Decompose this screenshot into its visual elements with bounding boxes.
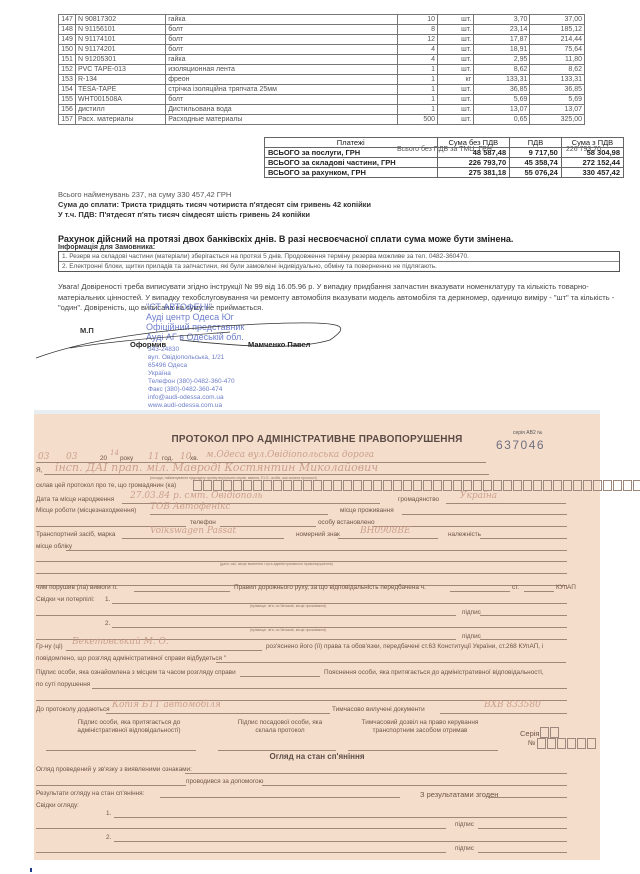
table-row: 155WHT001508Aболт1шт.5,695,69	[59, 95, 585, 105]
cell-unit: шт.	[438, 105, 474, 115]
explained-label: роз'яснено його (її) права та обов'язки,…	[266, 643, 543, 650]
invoice-items-table: 147N 90817302гайка10шт.3,7037,00148N 911…	[58, 14, 585, 125]
cell-total: 75,64	[530, 45, 585, 55]
plate-label: номерний знак	[296, 531, 340, 538]
cell-n: 148	[59, 25, 76, 35]
cell-name: фреон	[166, 75, 398, 85]
intox-witness-1-num: 1.	[106, 810, 111, 817]
cell-name: гайка	[166, 15, 398, 25]
totals-header: ПДВ	[510, 138, 562, 148]
table-row: 152PVC TAPE-013изоляционная лента1шт.8,6…	[59, 65, 585, 75]
totals-cell: 58 304,98	[561, 148, 623, 158]
items-count-line: Всього найменувань 237, на суму 330 457,…	[58, 190, 231, 199]
article-label: ст.	[512, 584, 519, 591]
cell-name: болт	[166, 95, 398, 105]
cell-unit: шт.	[438, 85, 474, 95]
cell-code: N 91174201	[75, 45, 165, 55]
essence-label: по суті порушення	[36, 681, 90, 688]
residence-label: місце проживання	[340, 507, 394, 514]
table-row: ВСЬОГО за послуги, ГРН48 587,489 717,505…	[265, 148, 624, 158]
totals-cell: 272 152,44	[561, 158, 623, 168]
cell-code: WHT001508A	[75, 95, 165, 105]
cell-qty: 4	[398, 55, 438, 65]
cell-price: 5,69	[474, 95, 530, 105]
cell-unit: шт.	[438, 115, 474, 125]
sign-label-2: підпис	[462, 633, 481, 640]
totals-header: Платежі	[265, 138, 438, 148]
cell-name: гайка	[166, 55, 398, 65]
signature-scribble	[30, 300, 350, 380]
cell-name: стрічка ізоляційна тряпчата 25мм	[166, 85, 398, 95]
seized-hw: ВХВ 833580	[484, 700, 541, 710]
number-label: №	[528, 740, 536, 747]
cell-code: Расх. материалы	[75, 115, 165, 125]
seized-label: Тимчасово вилучені документи	[332, 706, 425, 713]
rules-label: Правил дорожнього руху, за що відповідал…	[234, 584, 426, 591]
cell-price: 17,87	[474, 35, 530, 45]
citizen-hw: Бекетовський М. О.	[72, 637, 169, 647]
cell-qty: 500	[398, 115, 438, 125]
cell-n: 147	[59, 15, 76, 25]
notified-label: повідомлено, що розгляд адміністративної…	[36, 655, 226, 662]
customer-info-box: 1. Резерв на складові частини (матеріали…	[58, 251, 620, 272]
cell-n: 154	[59, 85, 76, 95]
totals-cell: 48 587,48	[437, 148, 510, 158]
cell-unit: шт.	[438, 25, 474, 35]
acquainted-signature-label: Підпис особи, яка ознайомлена з місцем т…	[36, 669, 236, 676]
vehicle-hw: Volkswagen Passat	[150, 526, 236, 536]
totals-cell: 330 457,42	[561, 168, 623, 178]
intoxication-section-title: Огляд на стан сп'яніння	[34, 752, 600, 761]
payments-totals-table: ПлатежіСума без ПДВПДВСума з ПДВ ВСЬОГО …	[264, 137, 624, 178]
place-hw: м.Одеса вул.Овідіопольська дорога	[206, 450, 374, 460]
cell-qty: 1	[398, 65, 438, 75]
cell-unit: шт.	[438, 55, 474, 65]
cell-n: 150	[59, 45, 76, 55]
intox-conducted-label: Огляд проведений у зв'язку з виявленими …	[36, 766, 192, 773]
cell-code: R-134	[75, 75, 165, 85]
attached-hw: Копія БТТ автомобіля	[112, 700, 221, 710]
cell-n: 156	[59, 105, 76, 115]
cell-name: Расходные материалы	[166, 115, 398, 125]
i-label: Я,	[36, 467, 42, 474]
info-line-2: 2. Електронні блоки, щитки приладів та з…	[59, 262, 619, 271]
totals-header: Сума без ПДВ	[437, 138, 510, 148]
intox-results-label: Результати огляду на стан сп'яніння:	[36, 790, 144, 797]
series-label: серія АВ2 №	[513, 430, 542, 436]
officer-signature-caption: Підпис посадової особи, яка склала прото…	[230, 719, 330, 735]
vat-in-words: У т.ч. ПДВ: П'ятдесят п'ять тисяч сімдес…	[58, 210, 310, 219]
totals-header: Сума з ПДВ	[561, 138, 623, 148]
cell-total: 11,80	[530, 55, 585, 65]
citizenship-label: громадянство	[398, 496, 439, 503]
plate-hw: ВН0908ВЕ	[360, 526, 411, 536]
intox-help-label: проводився за допомогою	[186, 778, 263, 785]
cell-name: Дистильована вода	[166, 105, 398, 115]
cell-price: 13,07	[474, 105, 530, 115]
table-row: 154TESA-TAPEстрічка ізоляційна тряпчата …	[59, 85, 585, 95]
cell-qty: 1	[398, 75, 438, 85]
table-row: 147N 90817302гайка10шт.3,7037,00	[59, 15, 585, 25]
cell-total: 133,31	[530, 75, 585, 85]
witnesses-label: Свідки чи потерпілі:	[36, 596, 95, 603]
info-title: Інформація для Замовника:	[58, 244, 155, 251]
cell-code: PVC TAPE-013	[75, 65, 165, 75]
cell-qty: 12	[398, 35, 438, 45]
cell-price: 0,65	[474, 115, 530, 125]
attached-label: До протоколу додаються	[36, 706, 110, 713]
cell-name: болт	[166, 45, 398, 55]
violated-label: чим порушив (ла) вимоги п.	[36, 584, 118, 591]
table-row: 149N 91174101болт12шт.17,87214,44	[59, 35, 585, 45]
cell-qty: 1	[398, 95, 438, 105]
cell-price: 18,91	[474, 45, 530, 55]
table-row: 150N 91174201болт4шт.18,9175,64	[59, 45, 585, 55]
cell-total: 36,85	[530, 85, 585, 95]
cell-total: 5,69	[530, 95, 585, 105]
amount-in-words: Сума до сплати: Триста тридцять тисяч чо…	[58, 200, 371, 209]
cell-code: TESA-TAPE	[75, 85, 165, 95]
name-caption-1: (прізвище, ім'я, по батькові, місце прож…	[250, 604, 326, 608]
totals-cell: 226 793,70	[437, 158, 510, 168]
code-label: КУпАП	[556, 584, 576, 591]
cell-qty: 1	[398, 85, 438, 95]
validity-notice: Рахунок дійсний на протязі двох банківск…	[58, 234, 513, 244]
cell-unit: шт.	[438, 95, 474, 105]
totals-cell: ВСЬОГО за складові частини, ГРН	[265, 158, 438, 168]
totals-cell: ВСЬОГО за послуги, ГРН	[265, 148, 438, 158]
totals-cell: 55 076,24	[510, 168, 562, 178]
cell-unit: кг	[438, 75, 474, 85]
temp-permit-caption: Тимчасовий дозвіл на право керування тра…	[345, 719, 495, 735]
work-label: Місце роботи (місцезнаходження)	[36, 507, 136, 514]
cell-name: изоляционная лента	[166, 65, 398, 75]
cell-price: 2,95	[474, 55, 530, 65]
explanation-label: Пояснення особи, яка притягається до адм…	[324, 669, 544, 676]
date-year: 14	[110, 449, 119, 457]
intox-agree-label: З результатами згоден	[420, 790, 498, 799]
intox-sign-2: підпис	[455, 845, 474, 852]
made-label: склав цей протокол про те, що громадянин…	[36, 482, 176, 489]
series-label-2: Серія	[520, 729, 540, 738]
date-day: 03	[38, 452, 49, 462]
date-caption: (дата, час, місце вчинення і суть адміні…	[220, 562, 333, 566]
cell-code: N 91156101	[75, 25, 165, 35]
cell-n: 157	[59, 115, 76, 125]
vehicle-label: Транспортний засіб, марка	[36, 531, 115, 538]
name-caption-2: (прізвище, ім'я, по батькові, місце прож…	[250, 628, 326, 632]
cell-code: N 90817302	[75, 15, 165, 25]
citizen-label: Гр-ну (ці)	[36, 643, 63, 650]
cell-name: болт	[166, 25, 398, 35]
table-row: ВСЬОГО за рахунком, ГРН275 381,1855 076,…	[265, 168, 624, 178]
officer-hw: інсп. ДАІ прап. міл. Мавроді Костянтин М…	[55, 461, 378, 474]
cell-price: 133,31	[474, 75, 530, 85]
cell-unit: шт.	[438, 15, 474, 25]
table-row: 153R-134фреон1кг133,31133,31	[59, 75, 585, 85]
sign-label-1: підпис	[462, 609, 481, 616]
cell-price: 23,14	[474, 25, 530, 35]
table-row: 148N 91156101болт8шт.23,14185,12	[59, 25, 585, 35]
citizenship-hw: Україна	[460, 491, 497, 501]
cell-price: 36,85	[474, 85, 530, 95]
intox-witness-2-num: 2.	[106, 834, 111, 841]
identified-label: особу встановлено	[318, 519, 375, 526]
cell-unit: шт.	[438, 35, 474, 45]
cell-total: 8,62	[530, 65, 585, 75]
belongs-label: належність	[448, 531, 481, 538]
cell-n: 155	[59, 95, 76, 105]
cell-qty: 10	[398, 15, 438, 25]
cell-code: дистилл	[75, 105, 165, 115]
table-row: 151N 91205301гайка4шт.2,9511,80	[59, 55, 585, 65]
cell-qty: 1	[398, 105, 438, 115]
intox-sign-1: підпис	[455, 821, 474, 828]
protocol-serial-number: 637046	[496, 438, 545, 452]
cell-n: 153	[59, 75, 76, 85]
cell-total: 214,44	[530, 35, 585, 45]
cell-n: 152	[59, 65, 76, 75]
cell-price: 3,70	[474, 15, 530, 25]
cell-total: 325,00	[530, 115, 585, 125]
totals-cell: 45 358,74	[510, 158, 562, 168]
table-row: ВСЬОГО за складові частини, ГРН226 793,7…	[265, 158, 624, 168]
offender-signature-caption: Підпис особи, яка притягається до адміні…	[64, 719, 194, 735]
cell-n: 149	[59, 35, 76, 45]
info-line-1: 1. Резерв на складові частини (матеріали…	[59, 252, 619, 262]
name-letter-boxes	[193, 480, 640, 491]
table-row: 157Расх. материалыРасходные материалы500…	[59, 115, 585, 125]
cell-code: N 91174101	[75, 35, 165, 45]
cell-qty: 8	[398, 25, 438, 35]
cell-total: 13,07	[530, 105, 585, 115]
cell-unit: шт.	[438, 45, 474, 55]
cell-total: 37,00	[530, 15, 585, 25]
totals-cell: ВСЬОГО за рахунком, ГРН	[265, 168, 438, 178]
cell-total: 185,12	[530, 25, 585, 35]
totals-cell: 275 381,18	[437, 168, 510, 178]
phone-label: телефон	[190, 519, 216, 526]
cell-unit: шт.	[438, 65, 474, 75]
cell-qty: 4	[398, 45, 438, 55]
cell-price: 8,62	[474, 65, 530, 75]
cell-n: 151	[59, 55, 76, 65]
cell-code: N 91205301	[75, 55, 165, 65]
birth-hw: 27.03.84 р. смт. Овідіополь	[130, 491, 263, 501]
page-marker	[30, 868, 32, 872]
birth-label: Дата та місце народження	[36, 496, 114, 503]
registration-label: місце обліку	[36, 543, 72, 550]
cell-name: болт	[166, 35, 398, 45]
table-row: 156дистиллДистильована вода1шт.13,0713,0…	[59, 105, 585, 115]
totals-cell: 9 717,50	[510, 148, 562, 158]
work-hw: ТОВ Автофенікс	[150, 502, 230, 512]
intox-witnesses-label: Свідки огляду:	[36, 802, 79, 809]
